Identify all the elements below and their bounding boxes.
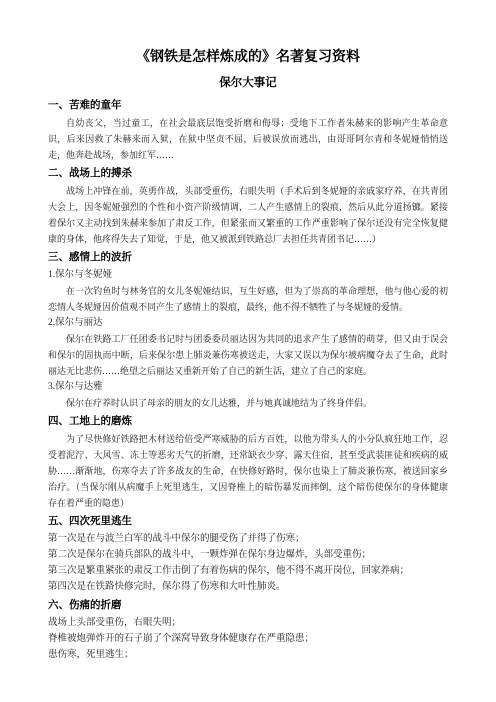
section-heading: 四、工地上的磨炼 [48,413,448,429]
document-page: 《钢铁是怎样炼成的》名著复习资料 保尔大事记 一、苦难的童年 自幼丧父，当过童工… [0,0,496,702]
section-hardship-childhood: 一、苦难的童年 自幼丧父，当过童工，在社会最底层饱受折磨和侮辱；受地下工作者朱赫… [48,97,448,163]
subheading: 3.保尔与达雅 [48,379,448,395]
list-line: 第四次是在铁路快修完时，保尔得了伤寒和大叶性肺炎。 [48,579,448,595]
list-line: 第二次是保尔在骑兵部队的战斗中，一颗炸弹在保尔身边爆炸，头部受重伤； [48,547,448,563]
list-line: 第一次是在与波兰白军的战斗中保尔的腿受伤了并得了伤寒； [48,531,448,547]
section-love-setbacks: 三、感情上的波折 1.保尔与冬妮娅 在一次钓鱼时与林务官的女儿冬妮娅结识，互生好… [48,249,448,411]
list-line: 第三次是繁重紧张的肃反工作击倒了有着伤病的保尔，他不得不离开岗位，回家养病； [48,563,448,579]
list-line: 患伤寒，死里逃生； [48,647,448,663]
section-heading: 二、战场上的搏杀 [48,165,448,181]
paragraph: 保尔在铁路工厂任团委书记时与团委委员丽达因为共同的追求产生了感情的萌芽，但又由于… [48,331,448,379]
section-heading: 六、伤痛的折磨 [48,597,448,613]
paragraph: 在一次钓鱼时与林务官的女儿冬妮娅结识，互生好感，但为了崇高的革命理想，他与他心爱… [48,283,448,315]
paragraph: 保尔在疗养时认识了母亲的朋友的女儿达雅，并与她真诚地结为了终身伴侣。 [48,395,448,411]
list-line: 战场上头部受重伤，右眼失明； [48,615,448,631]
section-four-escapes: 五、四次死里逃生 第一次是在与波兰白军的战斗中保尔的腿受伤了并得了伤寒； 第二次… [48,513,448,595]
paragraph: 自幼丧父，当过童工，在社会最底层饱受折磨和侮辱；受地下工作者朱赫来的影响产生革命… [48,115,448,163]
section-pain-torment: 六、伤痛的折磨 战场上头部受重伤，右眼失明； 脊椎被炮弹炸开的石子崩了个深窝导致… [48,597,448,663]
paragraph: 战场上冲锋在前，英勇作战，头部受重伤，右眼失明（手术后到冬妮娅的亲戚家疗养，在共… [48,183,448,247]
doc-subtitle: 保尔大事记 [48,75,448,91]
subheading: 2.保尔与丽达 [48,315,448,331]
section-worksite-tempering: 四、工地上的磨炼 为了尽快修好铁路把木材送给倍受严寒威胁的后方百姓，以他为带头人… [48,413,448,511]
subheading: 1.保尔与冬妮娅 [48,267,448,283]
section-heading: 一、苦难的童年 [48,97,448,113]
section-heading: 五、四次死里逃生 [48,513,448,529]
list-line: 脊椎被炮弹炸开的石子崩了个深窝导致身体健康存在严重隐患； [48,631,448,647]
doc-title: 《钢铁是怎样炼成的》名著复习资料 [48,46,448,66]
section-heading: 三、感情上的波折 [48,249,448,265]
paragraph: 为了尽快修好铁路把木材送给倍受严寒威胁的后方百姓，以他为带头人的小分队疯狂地工作… [48,431,448,511]
section-battlefield: 二、战场上的搏杀 战场上冲锋在前，英勇作战，头部受重伤，右眼失明（手术后到冬妮娅… [48,165,448,247]
